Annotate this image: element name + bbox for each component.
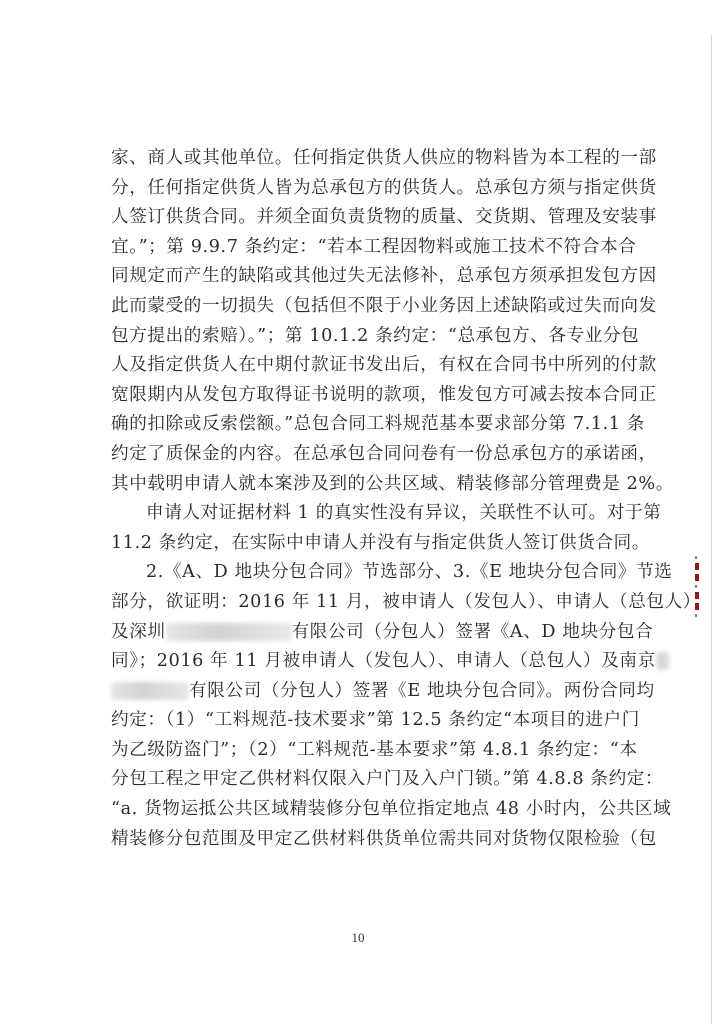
text-line: 宽限期内从发包方取得证书说明的款项，惟发包方可减去按本合同正: [111, 381, 605, 411]
text-line: 精装修分包范围及甲定乙供材料供货单位需共同对货物仅限检验（包: [111, 825, 605, 855]
text-line: 同规定而产生的缺陷或其他过失无法修补，总承包方须承担发包方因: [111, 262, 605, 292]
text-line: 约定：（1）“工料规范-技术要求”第 12.5 条约定“本项目的进户门: [111, 706, 605, 736]
text-line: 其中载明申请人就本案涉及到的公共区域、精装修部分管理费是 2%。: [111, 470, 605, 500]
text-line: 申请人对证据材料 1 的真实性没有异议，关联性不认可。对于第: [111, 499, 605, 529]
page-number: 10: [0, 930, 716, 946]
text-line: 人及指定供货人在中期付款证书发出后，有权在合同书中所列的付款: [111, 351, 605, 381]
text-line: 包方提出的索赔）。”；第 10.1.2 条约定：“总承包方、各专业分包: [111, 322, 605, 352]
text-line: 分包工程之甲定乙供材料仅限入户门及入户门锁。”第 4.8.8 条约定：: [111, 765, 605, 795]
text-line: 为乙级防盗门”；（2）“工料规范-基本要求”第 4.8.1 条约定：“本: [111, 736, 605, 766]
document-page: 家、商人或其他单位。任何指定供货人供应的物料皆为本工程的一部 分，任何指定供货人…: [0, 0, 716, 1024]
text-fragment: 有限公司（分包人）签署《A、D 地块分包合: [292, 622, 654, 642]
text-line: 约定了质保金的内容。在总承包合同问卷有一份总承包方的承诺函，: [111, 440, 605, 470]
redacted-company-name: [111, 682, 189, 700]
text-fragment: 同》；2016 年 11 月被申请人（发包人）、申请人（总包人）及南京: [111, 651, 656, 671]
text-line: 家、商人或其他单位。任何指定供货人供应的物料皆为本工程的一部: [111, 144, 605, 174]
text-line-with-redaction: 及深圳有限公司（分包人）签署《A、D 地块分包合: [111, 618, 605, 648]
text-line: 11.2 条约定，在实际中申请人并没有与指定供货人签订供货合同。: [111, 529, 605, 559]
text-line: 此而蒙受的一切损失（包括但不限于小业务因上述缺陷或过失而向发: [111, 292, 605, 322]
seal-edge-mark: [695, 556, 700, 632]
redacted-company-name: [166, 623, 292, 641]
text-line: 2.《A、D 地块分包合同》节选部分、3.《E 地块分包合同》节选: [111, 558, 605, 588]
text-line: 确的扣除或反索偿额。”总包合同工料规范基本要求部分第 7.1.1 条: [111, 410, 605, 440]
text-line-with-redaction: 同》；2016 年 11 月被申请人（发包人）、申请人（总包人）及南京: [111, 647, 605, 677]
scan-edge-line: [711, 35, 712, 1024]
text-line: 宜。”；第 9.9.7 条约定：“若本工程因物料或施工技术不符合本合: [111, 233, 605, 263]
text-line-with-redaction: 有限公司（分包人）签署《E 地块分包合同》。两份合同均: [111, 677, 605, 707]
body-text: 家、商人或其他单位。任何指定供货人供应的物料皆为本工程的一部 分，任何指定供货人…: [111, 144, 605, 854]
redacted-company-name: [656, 652, 670, 670]
text-line: 部分，欲证明：2016 年 11 月，被申请人（发包人）、申请人（总包人）: [111, 588, 605, 618]
text-line: 分，任何指定供货人皆为总承包方的供货人。总承包方须与指定供货: [111, 174, 605, 204]
text-fragment: 有限公司（分包人）签署《E 地块分包合同》。两份合同均: [189, 681, 655, 701]
text-line: 人签订供货合同。并须全面负责货物的质量、交货期、管理及安装事: [111, 203, 605, 233]
text-line: “a. 货物运抵公共区域精装修分包单位指定地点 48 小时内，公共区域: [111, 795, 605, 825]
text-fragment: 及深圳: [111, 622, 166, 642]
